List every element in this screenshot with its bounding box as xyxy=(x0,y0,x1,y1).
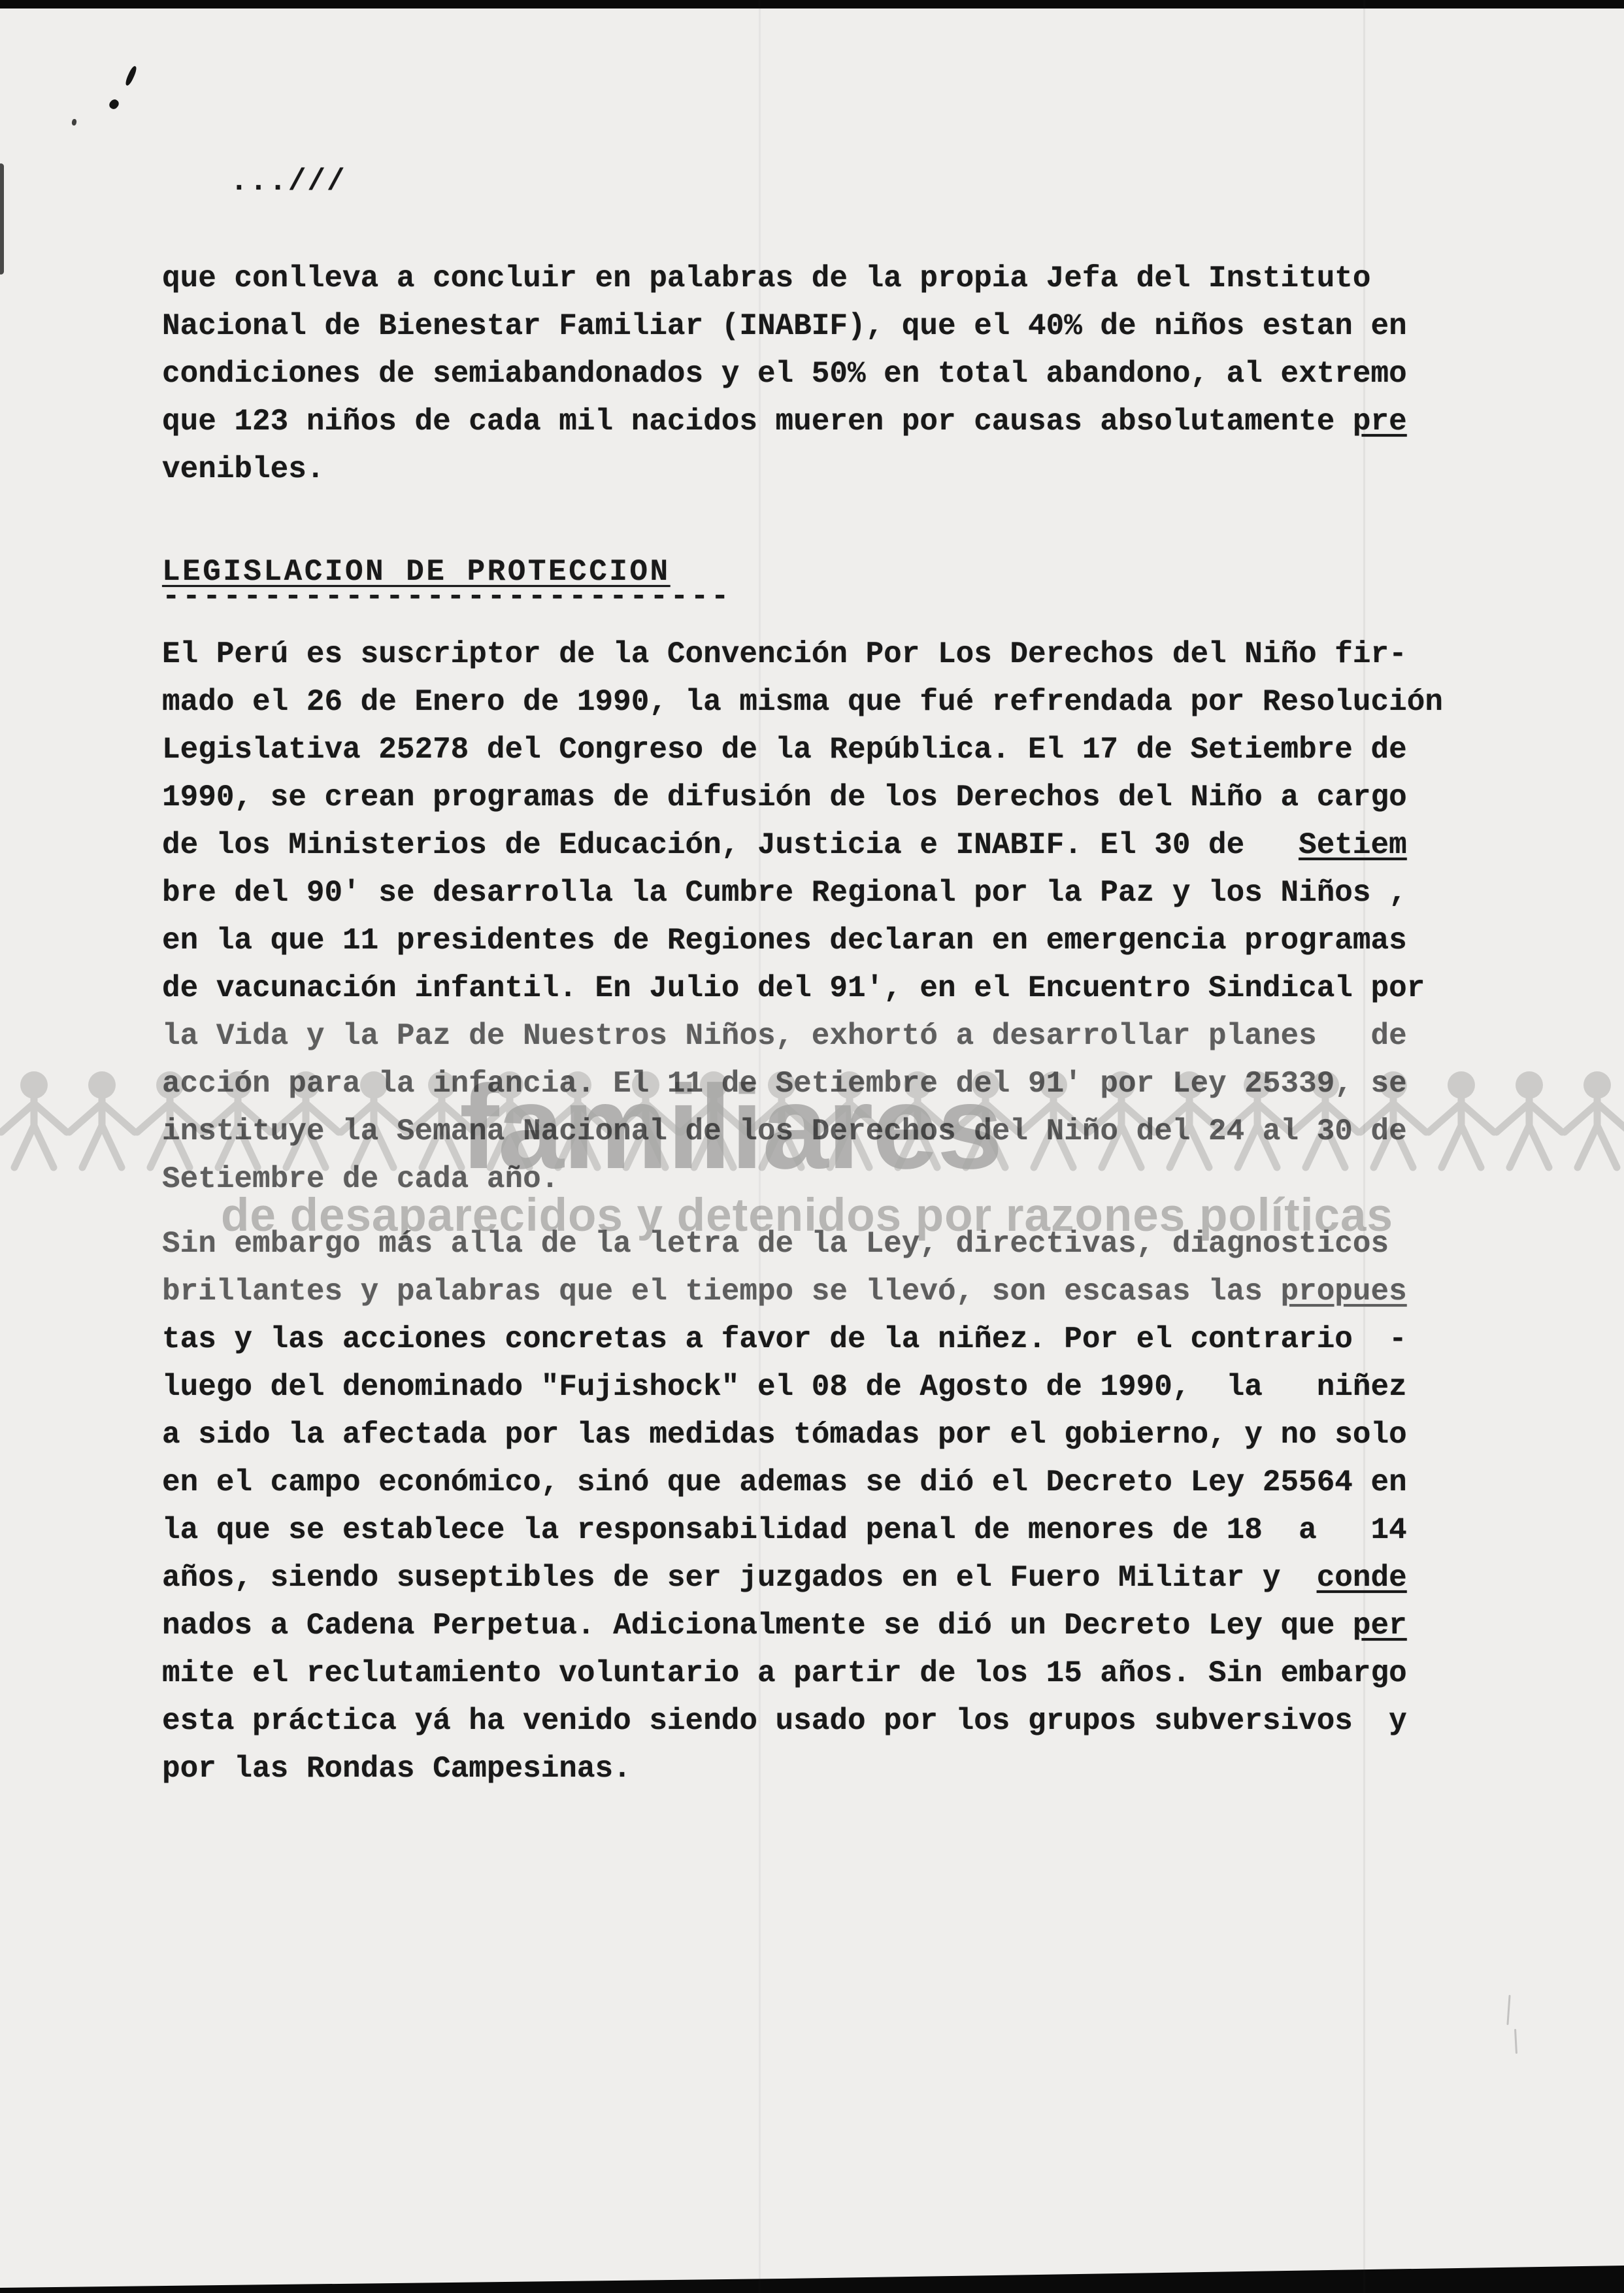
text-line: esta práctica yá ha venido siendo usado … xyxy=(162,1701,1476,1749)
text-line: nados a Cadena Perpetua. Adicionalmente … xyxy=(162,1605,1476,1653)
text-line: mite el reclutamiento voluntario a parti… xyxy=(162,1653,1476,1701)
text-line: de los Ministerios de Educación, Justici… xyxy=(162,825,1476,873)
text-line: de vacunación infantil. En Julio del 91'… xyxy=(162,968,1476,1016)
scan-black-band-bottom xyxy=(0,2259,1624,2293)
text-line: a sido la afectada por las medidas tómad… xyxy=(162,1414,1476,1462)
text-line: Setiembre de cada año. xyxy=(162,1159,1476,1207)
text-line: acción para la infancia. El 11 de Setiem… xyxy=(162,1063,1476,1111)
underlined-word-break: Setiem xyxy=(1299,828,1407,862)
text-line: instituye la Semana Nacional de los Dere… xyxy=(162,1111,1476,1159)
text-line: bre del 90' se desarrolla la Cumbre Regi… xyxy=(162,873,1476,920)
underlined-word-break: per xyxy=(1353,1609,1407,1643)
text-line: Nacional de Bienestar Familiar (INABIF),… xyxy=(162,306,1476,354)
text-line: Legislativa 25278 del Congreso de la Rep… xyxy=(162,729,1476,777)
text-line: Sin embargo más alla de la letra de la L… xyxy=(162,1224,1476,1271)
text-line: que conlleva a concluir en palabras de l… xyxy=(162,258,1476,306)
text-line: venibles. xyxy=(162,449,1476,497)
scan-mark xyxy=(1514,2029,1517,2054)
paragraph-2: El Perú es suscriptor de la Convención P… xyxy=(162,634,1476,1207)
text-line: tas y las acciones concretas a favor de … xyxy=(162,1319,1476,1367)
ink-mark xyxy=(108,98,121,111)
text-line: mado el 26 de Enero de 1990, la misma qu… xyxy=(162,682,1476,729)
underlined-word-break: propues xyxy=(1280,1275,1406,1309)
text-line: que 123 niños de cada mil nacidos mueren… xyxy=(162,401,1476,449)
heading-dashed-underline: ---------------------------- xyxy=(162,590,731,603)
continuation-marker: .../// xyxy=(230,165,346,199)
paragraph-1: que conlleva a concluir en palabras de l… xyxy=(162,258,1476,497)
text-line: la que se establece la responsabilidad p… xyxy=(162,1510,1476,1558)
section-heading: LEGISLACION DE PROTECCION --------------… xyxy=(162,555,731,603)
text-line: El Perú es suscriptor de la Convención P… xyxy=(162,634,1476,682)
ink-mark xyxy=(71,118,77,126)
text-line: 1990, se crean programas de difusión de … xyxy=(162,777,1476,825)
text-line: condiciones de semiabandonados y el 50% … xyxy=(162,354,1476,401)
scan-edge-smudge xyxy=(0,163,4,275)
text-line: años, siendo suseptibles de ser juzgados… xyxy=(162,1558,1476,1605)
scanned-document-page: { "page": { "continuation_marker": ".../… xyxy=(0,0,1624,2293)
text-line: por las Rondas Campesinas. xyxy=(162,1749,1476,1796)
text-line: en la que 11 presidentes de Regiones dec… xyxy=(162,920,1476,968)
text-line: luego del denominado "Fujishock" el 08 d… xyxy=(162,1367,1476,1414)
underlined-word-break: conde xyxy=(1317,1561,1407,1595)
text-line: en el campo económico, sinó que ademas s… xyxy=(162,1462,1476,1510)
underlined-word-break: pre xyxy=(1353,405,1407,439)
text-line: la Vida y la Paz de Nuestros Niños, exho… xyxy=(162,1016,1476,1063)
scan-black-band-top xyxy=(0,0,1624,8)
ink-mark xyxy=(124,65,138,87)
text-line: brillantes y palabras que el tiempo se l… xyxy=(162,1271,1476,1319)
paragraph-3: Sin embargo más alla de la letra de la L… xyxy=(162,1224,1476,1796)
scan-mark xyxy=(1506,1995,1510,2025)
